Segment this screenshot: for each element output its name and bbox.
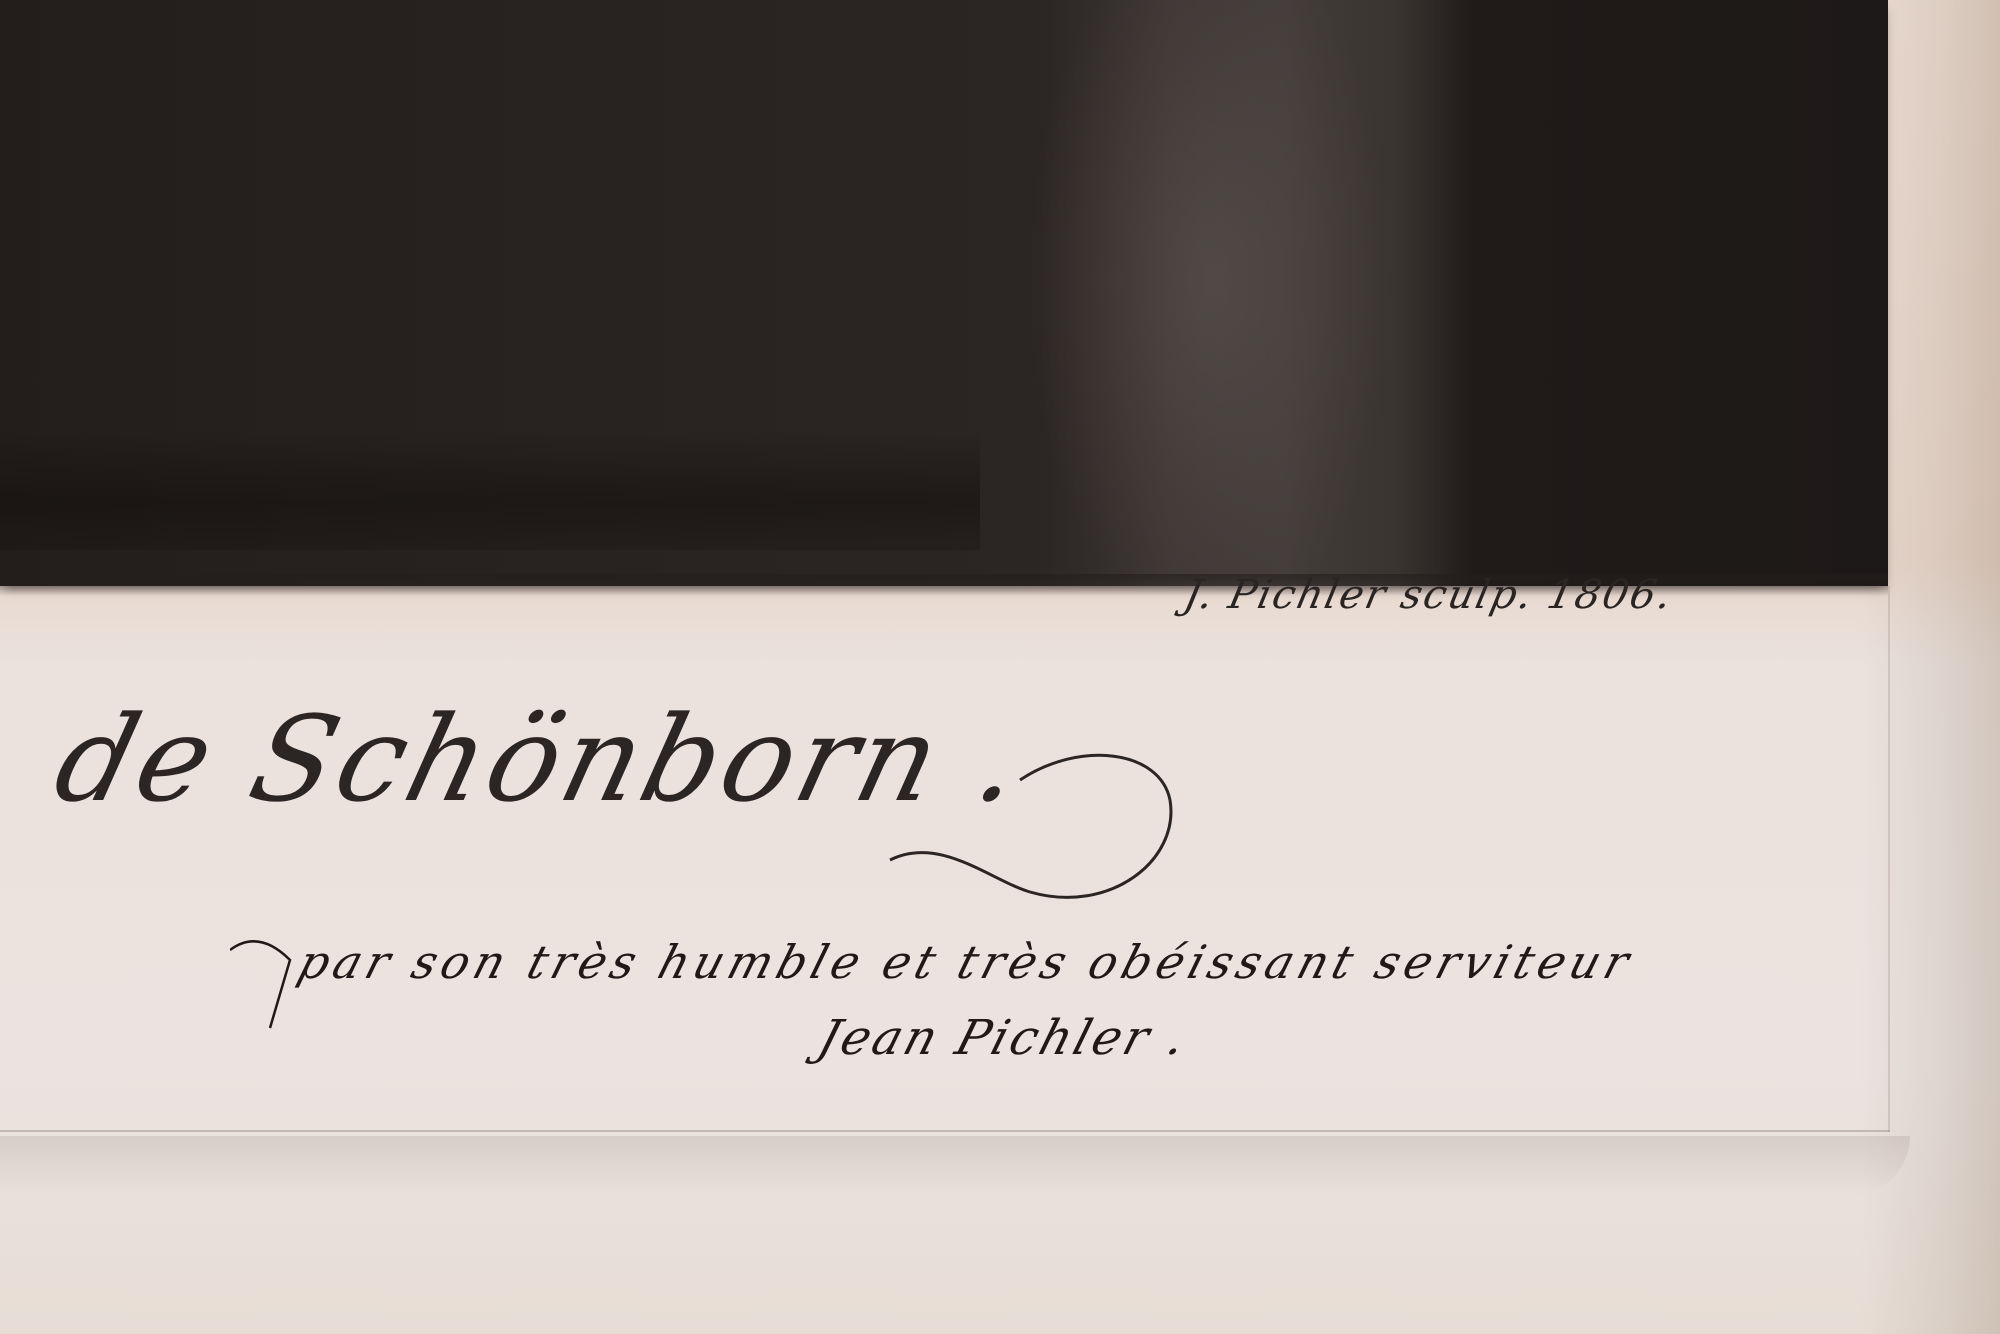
engraving-print: J. Pichler sculp. 1806. de Schönborn . p… <box>0 0 2000 1334</box>
dedication-line: par son très humble et très obéissant se… <box>292 935 1640 989</box>
plate-mark-bottom <box>0 1130 1890 1132</box>
engraver-signature: J. Pichler sculp. 1806. <box>1180 572 1677 618</box>
dedicator-name: Jean Pichler . <box>812 1010 1195 1066</box>
calligraphic-flourish-icon <box>880 740 1200 900</box>
plate-bevel <box>0 1136 1910 1196</box>
mezzotint-shadow <box>0 430 980 550</box>
plate-mark-right <box>1888 586 1890 1132</box>
